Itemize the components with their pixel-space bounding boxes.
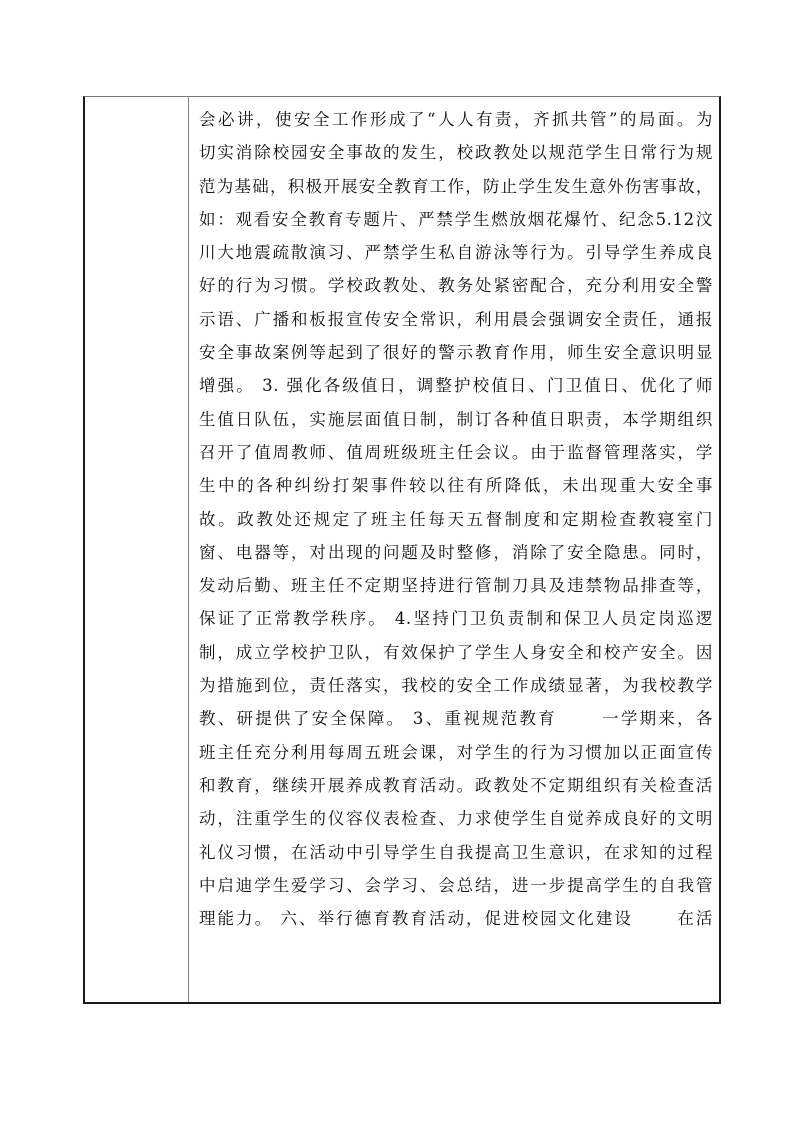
text-line: 增强。 3. 强化各级值日，调整护校值日、门卫值日、优化了师 — [199, 369, 713, 402]
text-line: 川大地震疏散演习、严禁学生私自游泳等行为。引导学生养成良 — [199, 236, 713, 269]
table-content-cell: 会必讲，使安全工作形成了“人人有责，齐抓共管”的局面。为 切实消除校园安全事故的… — [189, 97, 719, 1002]
text-line: 礼仪习惯，在活动中引导学生自我提高卫生意识，在求知的过程 — [199, 836, 713, 869]
text-line: 动，注重学生的仪容仪表检查、力求使学生自觉养成良好的文明 — [199, 802, 713, 835]
text-line: 安全事故案例等起到了很好的警示教育作用，师生安全意识明显 — [199, 336, 713, 369]
text-line: 故。政教处还规定了班主任每天五督制度和定期检查教寝室门 — [199, 503, 713, 536]
text-line: 示语、广播和板报宣传安全常识，利用晨会强调安全责任，通报 — [199, 303, 713, 336]
text-line: 生中的各种纠纷打架事件较以往有所降低，未出现重大安全事 — [199, 469, 713, 502]
text-line: 切实消除校园安全事故的发生，校政教处以规范学生日常行为规 — [199, 136, 713, 169]
text-line: 理能力。 六、举行德育教育活动，促进校园文化建设 在活 — [199, 902, 713, 935]
document-table: 会必讲，使安全工作形成了“人人有责，齐抓共管”的局面。为 切实消除校园安全事故的… — [83, 96, 721, 1004]
table-left-cell — [85, 97, 189, 1002]
text-line: 和教育，继续开展养成教育活动。政教处不定期组织有关检查活 — [199, 769, 713, 802]
text-line: 生值日队伍，实施层面值日制，制订各种值日职责，本学期组织 — [199, 403, 713, 436]
text-line: 发动后勤、班主任不定期坚持进行管制刀具及违禁物品排查等， — [199, 569, 713, 602]
text-line: 范为基础，积极开展安全教育工作，防止学生发生意外伤害事故， — [199, 170, 713, 203]
text-line: 会必讲，使安全工作形成了“人人有责，齐抓共管”的局面。为 — [199, 103, 713, 136]
text-line: 保证了正常教学秩序。 4.坚持门卫负责制和保卫人员定岗巡逻 — [199, 602, 713, 635]
text-line: 好的行为习惯。学校政教处、教务处紧密配合，充分利用安全警 — [199, 269, 713, 302]
text-line: 教、研提供了安全保障。 3、重视规范教育 一学期来，各 — [199, 702, 713, 735]
text-line: 为措施到位，责任落实，我校的安全工作成绩显著，为我校教学 — [199, 669, 713, 702]
text-line: 窗、电器等，对出现的问题及时整修，消除了安全隐患。同时， — [199, 536, 713, 569]
text-line: 中启迪学生爱学习、会学习、会总结，进一步提高学生的自我管 — [199, 869, 713, 902]
text-line: 制，成立学校护卫队，有效保护了学生人身安全和校产安全。因 — [199, 636, 713, 669]
text-line: 班主任充分利用每周五班会课，对学生的行为习惯加以正面宣传 — [199, 736, 713, 769]
text-line: 如：观看安全教育专题片、严禁学生燃放烟花爆竹、纪念5.12汶 — [199, 203, 713, 236]
text-line: 召开了值周教师、值周班级班主任会议。由于监督管理落实，学 — [199, 436, 713, 469]
